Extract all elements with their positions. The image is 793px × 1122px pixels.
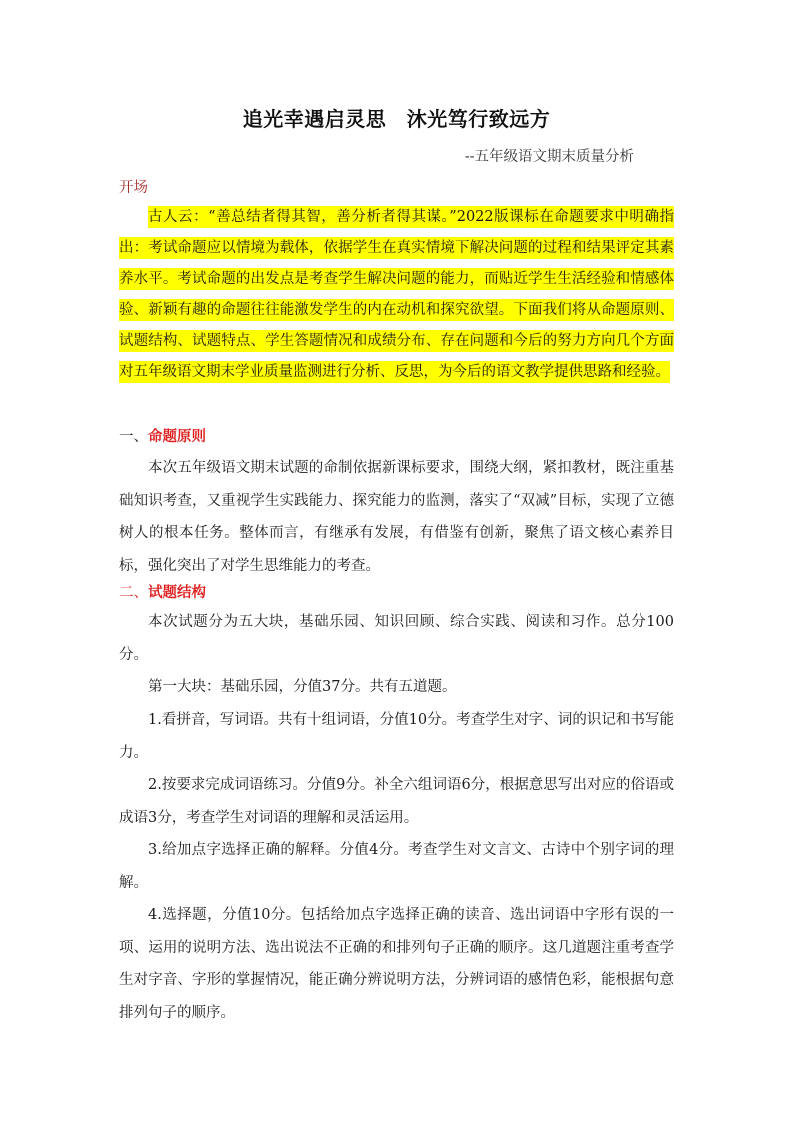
section-heading-2: 二、试题结构 [119, 581, 206, 602]
opening-paragraph: 古人云：“善总结者得其智，善分析者得其谋。”2022版课标在命题要求中明确指出：… [119, 202, 674, 388]
section-title: 试题结构 [148, 585, 206, 601]
section-2-item-3: 3.给加点字选择正确的解释。分值4分。考查学生对文言文、古诗中个别字词的理解。 [119, 834, 674, 899]
section-2-paragraph-1: 本次试题分为五大块，基础乐园、知识回顾、综合实践、阅读和习作。总分100分。 [119, 606, 674, 671]
section-heading-1: 一、命题原则 [119, 425, 206, 446]
section-title: 命题原则 [148, 429, 206, 445]
section-1-paragraph: 本次五年级语文期末试题的命制依据新课标要求，围绕大纲，紧扣教材，既注重基础知识考… [119, 452, 674, 582]
section-2-item-1: 1.看拼音，写词语。共有十组词语，分值10分。考查学生对字、词的识记和书写能力。 [119, 704, 674, 769]
opening-label: 开场 [119, 176, 148, 197]
document-title: 追光幸遇启灵思 沐光笃行致远方 [119, 103, 674, 132]
section-2-item-2: 2.按要求完成词语练习。分值9分。补全六组词语6分，根据意思写出对应的俗语或成语… [119, 769, 674, 834]
section-number: 一、 [119, 429, 148, 445]
section-number: 二、 [119, 585, 148, 601]
document-subtitle: --五年级语文期末质量分析 [465, 145, 634, 166]
section-2-paragraph-2: 第一大块：基础乐园，分值37分。共有五道题。 [119, 671, 674, 704]
section-2-item-4: 4.选择题，分值10分。包括给加点字选择正确的读音、选出词语中字形有误的一项、运… [119, 899, 674, 1029]
highlighted-text: 古人云：“善总结者得其智，善分析者得其谋。”2022版课标在命题要求中明确指出：… [119, 206, 674, 383]
